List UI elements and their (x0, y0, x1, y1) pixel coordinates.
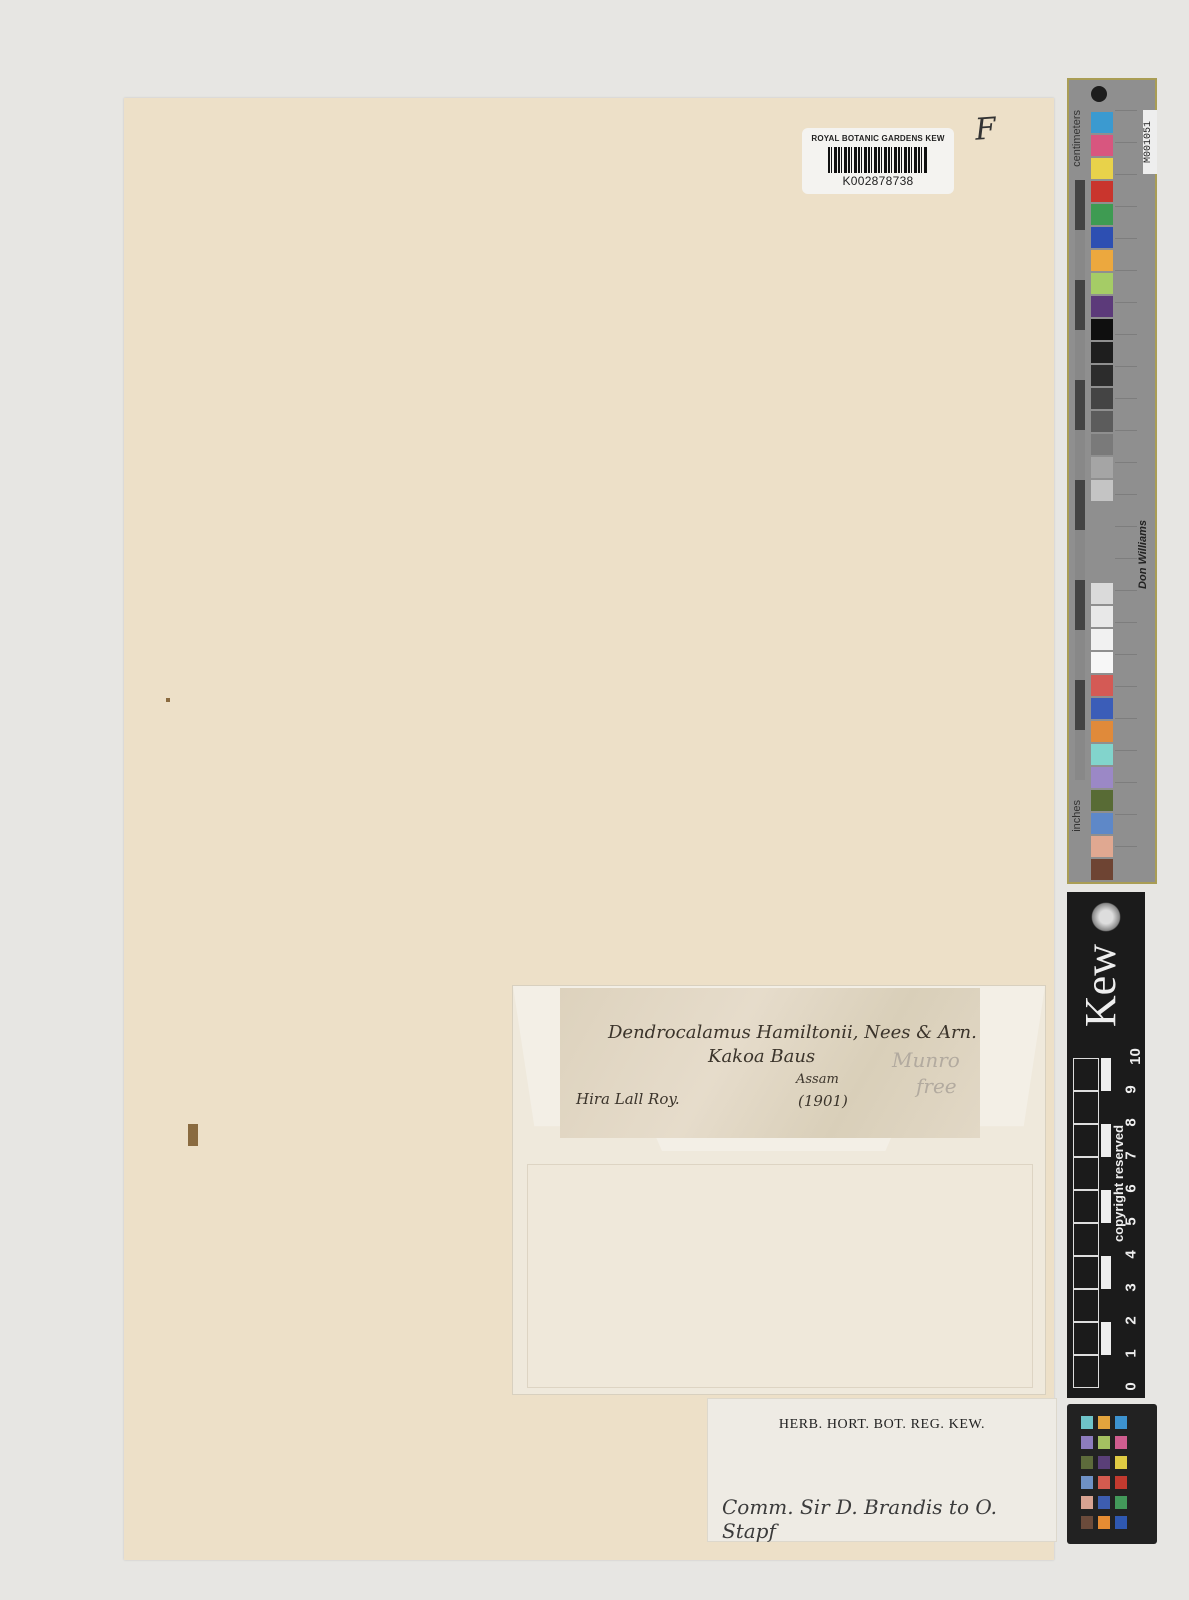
barcode-label: ROYAL BOTANIC GARDENS KEW K002878738 (802, 128, 954, 194)
scale-number: 6 (1123, 1184, 1140, 1192)
institution-name: ROYAL BOTANIC GARDENS KEW (802, 134, 954, 143)
color-swatch (1091, 457, 1113, 478)
herbarium-title: HERB. HORT. BOT. REG. KEW. (708, 1417, 1056, 1433)
herbarium-label: HERB. HORT. BOT. REG. KEW. Comm. Sir D. … (707, 1398, 1057, 1542)
color-swatch (1091, 629, 1113, 650)
color-swatch (1091, 744, 1113, 765)
scale-number: 4 (1123, 1250, 1140, 1258)
scale-segment (1073, 1091, 1099, 1124)
color-swatch (1091, 227, 1113, 248)
checker-swatch (1115, 1516, 1127, 1529)
cm-scale: 012345678910 (1073, 1038, 1113, 1388)
checker-swatch (1098, 1496, 1110, 1509)
color-swatch (1091, 721, 1113, 742)
color-swatch (1091, 273, 1113, 294)
checker-swatch (1115, 1416, 1127, 1429)
kew-crest-icon (1091, 900, 1121, 934)
checker-swatch (1081, 1516, 1093, 1529)
checker-swatch (1098, 1516, 1110, 1529)
ruler-brand: Don Williams (1137, 520, 1149, 589)
color-swatch (1091, 675, 1113, 696)
scale-segment (1101, 1322, 1111, 1355)
collector-name: Hira Lall Roy. (576, 1090, 680, 1108)
color-swatch (1091, 652, 1113, 673)
barcode-icon (828, 147, 928, 173)
locality: Assam (796, 1072, 839, 1087)
barcode-number: K002878738 (802, 174, 954, 188)
color-swatch (1091, 296, 1113, 317)
color-swatch (1091, 767, 1113, 788)
scale-segment (1073, 1157, 1099, 1190)
scale-segment (1101, 1256, 1111, 1289)
color-swatch (1091, 319, 1113, 340)
color-swatch (1091, 836, 1113, 857)
scale-segment (1101, 1124, 1111, 1157)
checker-swatch (1115, 1456, 1127, 1469)
color-swatch (1091, 158, 1113, 179)
color-swatch (1091, 434, 1113, 455)
color-swatch (1091, 135, 1113, 156)
checker-swatch (1115, 1476, 1127, 1489)
stain-mark (188, 1124, 198, 1146)
checker-swatch (1098, 1436, 1110, 1449)
color-swatch (1091, 342, 1113, 363)
scale-segment (1073, 1355, 1099, 1388)
stain-mark (166, 698, 170, 702)
color-swatch (1091, 204, 1113, 225)
color-swatch (1091, 859, 1113, 880)
inches-label: inches (1071, 800, 1083, 832)
scale-number: 10 (1127, 1048, 1144, 1065)
scale-number: 9 (1123, 1085, 1140, 1093)
scale-segment (1073, 1289, 1099, 1322)
color-swatch (1091, 606, 1113, 627)
checker-swatch (1081, 1476, 1093, 1489)
vernacular-name: Kakoa Baus (708, 1046, 815, 1067)
color-swatch (1091, 480, 1113, 501)
scale-number: 3 (1123, 1283, 1140, 1291)
scale-segment (1073, 1322, 1099, 1355)
color-swatch (1091, 790, 1113, 811)
color-swatch (1091, 583, 1113, 604)
kew-scale-bar: Kew copyright reserved 012345678910 (1067, 892, 1145, 1398)
density-grid (1115, 110, 1137, 860)
checker-swatch (1098, 1456, 1110, 1469)
scale-segment (1101, 1058, 1111, 1091)
checker-swatch (1115, 1496, 1127, 1509)
color-calibration-ruler: centimeters inches M001051 Don Williams (1067, 78, 1157, 884)
checker-swatch (1081, 1456, 1093, 1469)
envelope-pocket (527, 1164, 1033, 1388)
color-swatch (1091, 250, 1113, 271)
color-checker-card (1067, 1404, 1157, 1544)
communicated-by: Comm. Sir D. Brandis to O. Stapf (722, 1495, 1056, 1543)
scale-number: 5 (1123, 1217, 1140, 1225)
color-swatch (1091, 813, 1113, 834)
scale-segment (1073, 1124, 1099, 1157)
ruler-hole-icon (1091, 86, 1107, 102)
scale-segment (1073, 1058, 1099, 1091)
pencil-note: free (916, 1074, 957, 1098)
scale-segment (1073, 1256, 1099, 1289)
sheet-annotation: F (974, 111, 997, 147)
scale-segment (1101, 1190, 1111, 1223)
copyright-text: copyright reserved (1111, 1042, 1126, 1242)
color-swatch (1091, 112, 1113, 133)
scale-number: 0 (1123, 1382, 1140, 1390)
color-swatch (1091, 388, 1113, 409)
color-swatch (1091, 365, 1113, 386)
checker-swatch (1081, 1416, 1093, 1429)
checker-swatch (1115, 1436, 1127, 1449)
pencil-note: Munro (892, 1048, 960, 1072)
color-swatch (1091, 181, 1113, 202)
scale-number: 1 (1123, 1349, 1140, 1357)
ruler-id: M001051 (1143, 110, 1157, 174)
collection-year: (1901) (798, 1092, 848, 1110)
kew-logo: Kew (1075, 944, 1126, 1027)
checker-swatch (1098, 1416, 1110, 1429)
scale-number: 2 (1123, 1316, 1140, 1324)
scale-segment (1073, 1190, 1099, 1223)
color-swatch (1091, 698, 1113, 719)
ruler-scale (1075, 180, 1085, 780)
checker-swatch (1098, 1476, 1110, 1489)
checker-swatch (1081, 1436, 1093, 1449)
color-swatch (1091, 411, 1113, 432)
taxon-name: Dendrocalamus Hamiltonii, Nees & Arn. (608, 1022, 977, 1043)
scale-number: 8 (1123, 1118, 1140, 1126)
centimeters-label: centimeters (1071, 110, 1083, 167)
specimen-label: Dendrocalamus Hamiltonii, Nees & Arn. Ka… (560, 988, 980, 1138)
checker-swatch (1081, 1496, 1093, 1509)
scale-segment (1073, 1223, 1099, 1256)
scale-number: 7 (1123, 1151, 1140, 1159)
